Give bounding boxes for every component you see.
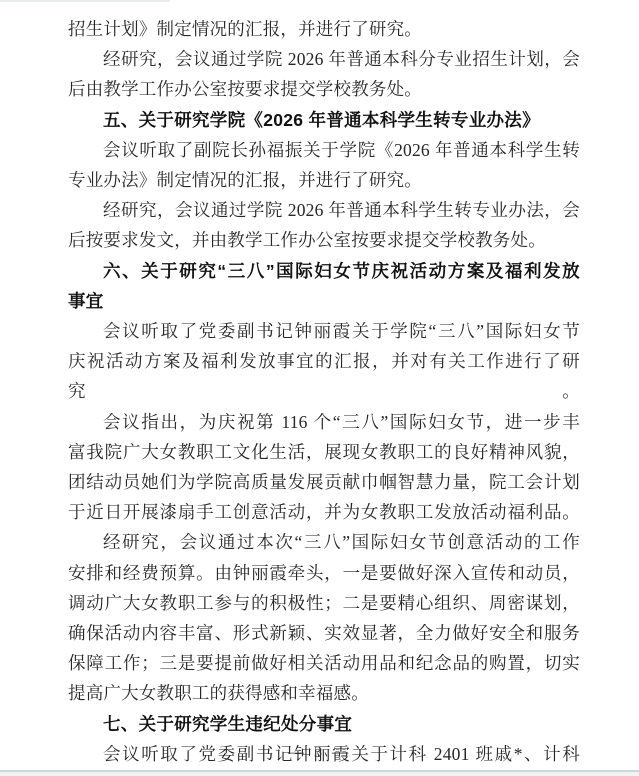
heading-line: 七、关于研究学生违纪处分事宜	[68, 709, 580, 739]
document-text: 招生计划》制定情况的汇报，并进行了研究。经研究，会议通过学院 2026 年普通本…	[68, 14, 580, 769]
body-line: 会议听取了副院长孙福振关于学院《2026 年普通本科学生转	[68, 135, 580, 165]
page-bottom-edge	[0, 770, 639, 776]
heading-line: 五、关于研究学院《2026 年普通本科学生转专业办法》	[68, 105, 580, 135]
body-line: 经研究，会议通过本次“三八”国际妇女节创意活动的工作	[68, 527, 580, 557]
body-line: 专业办法》制定情况的汇报，并进行了研究。	[68, 165, 580, 195]
body-line: 后由教学工作办公室按要求提交学校教务处。	[68, 74, 580, 104]
body-line: 安排和经费预算。由钟丽霞牵头，一是要做好深入宣传和动员，	[68, 558, 580, 588]
body-line: 经研究，会议通过学院 2026 年普通本科分专业招生计划，会	[68, 44, 580, 74]
body-line: 招生计划》制定情况的汇报，并进行了研究。	[68, 14, 580, 44]
body-line: 调动广大女教职工参与的积极性；二是要精心组织、周密谋划，	[68, 588, 580, 618]
body-line: 保障工作；三是要提前做好相关活动用品和纪念品的购置，切实	[68, 648, 580, 678]
heading-line: 六、关于研究“三八”国际妇女节庆祝活动方案及福利发放	[68, 256, 580, 286]
document-page: 招生计划》制定情况的汇报，并进行了研究。经研究，会议通过学院 2026 年普通本…	[0, 0, 639, 776]
body-line: 确保活动内容丰富、形式新颖、实效显著，全力做好安全和服务	[68, 618, 580, 648]
body-line: 于近日开展漆扇手工创意活动，并为女教职工发放活动福利品。	[68, 497, 580, 527]
heading-line: 事宜	[68, 286, 580, 316]
body-line: 提高广大女教职工的获得感和幸福感。	[68, 678, 580, 708]
body-line: 会议指出，为庆祝第 116 个“三八”国际妇女节，进一步丰	[68, 407, 580, 437]
body-line: 庆祝活动方案及福利发放事宜的汇报，并对有关工作进行了研究。	[68, 346, 580, 406]
page-top-edge	[0, 0, 170, 2]
body-line: 富我院广大女教职工文化生活，展现女教职工的良好精神风貌，	[68, 437, 580, 467]
body-line: 后按要求发文，并由教学工作办公室按要求提交学校教务处。	[68, 225, 580, 255]
body-line: 会议听取了党委副书记钟丽霞关于学院“三八”国际妇女节	[68, 316, 580, 346]
page-number: — 3 —	[0, 742, 639, 764]
body-line: 团结动员她们为学院高质量发展贡献巾帼智慧力量，院工会计划	[68, 467, 580, 497]
body-line: 经研究，会议通过学院 2026 年普通本科学生转专业办法，会	[68, 195, 580, 225]
